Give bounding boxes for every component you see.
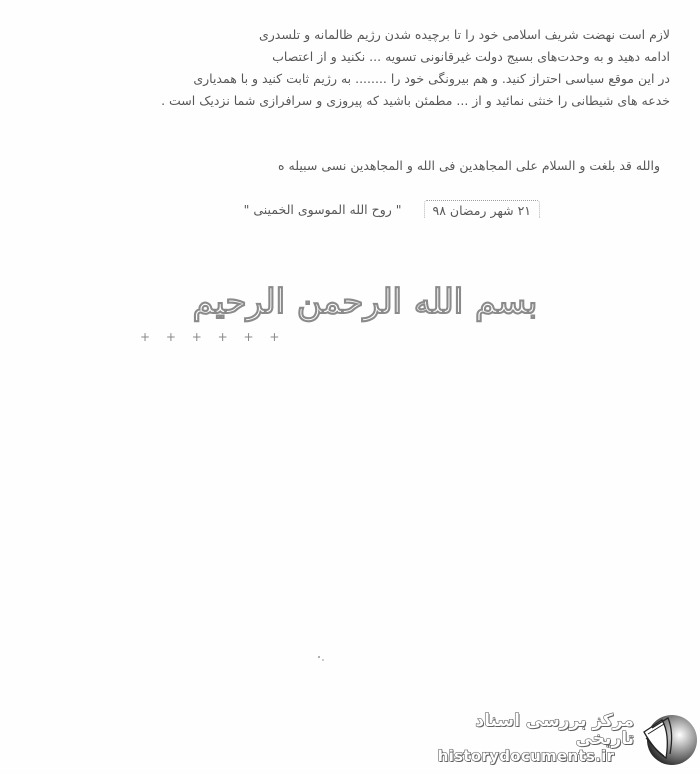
watermark-text: مرکز بررسی اسناد تاریخی historydocuments… — [418, 713, 634, 764]
body-line-1: لازم است نهضت شریف اسلامی خود را تا برچی… — [30, 24, 670, 46]
calligraphy-text: بسم الله الرحمن الرحیم — [193, 282, 538, 322]
body-line-2: ادامه دهید و به وحدت‌های بسیج دولت غیرقا… — [30, 46, 670, 68]
date-stamp: ۲۱ شهر رمضان ۹۸ — [424, 200, 541, 218]
signature-row: ۲۱ شهر رمضان ۹۸ " روح الله الموسوی الخمی… — [140, 200, 540, 218]
watermark: مرکز بررسی اسناد تاریخی historydocuments… — [418, 708, 698, 770]
document-pages-logo-icon — [640, 710, 698, 768]
body-line-4: خدعه های شیطانی را خنثی نمائید و از ... … — [30, 90, 670, 112]
scan-speck — [318, 656, 320, 658]
scan-speck — [322, 659, 324, 661]
watermark-title: مرکز بررسی اسناد تاریخی — [418, 713, 634, 749]
body-line-3: در این موقع سیاسی احتراز کنید. و هم بیرو… — [30, 68, 670, 90]
signature-name: " روح الله الموسوی الخمینی " — [244, 202, 402, 217]
ornament-crosses: + + + + + + — [140, 330, 285, 344]
scanned-document-page: لازم است نهضت شریف اسلامی خود را تا برچی… — [0, 0, 700, 774]
closing-line: والله قد بلغت و السلام علی المجاهدین فی … — [140, 158, 660, 173]
calligraphy-seal: بسم الله الرحمن الرحیم + + + + + + — [140, 282, 590, 352]
document-body: لازم است نهضت شریف اسلامی خود را تا برچی… — [30, 24, 670, 112]
watermark-site: historydocuments.ir — [438, 749, 615, 765]
